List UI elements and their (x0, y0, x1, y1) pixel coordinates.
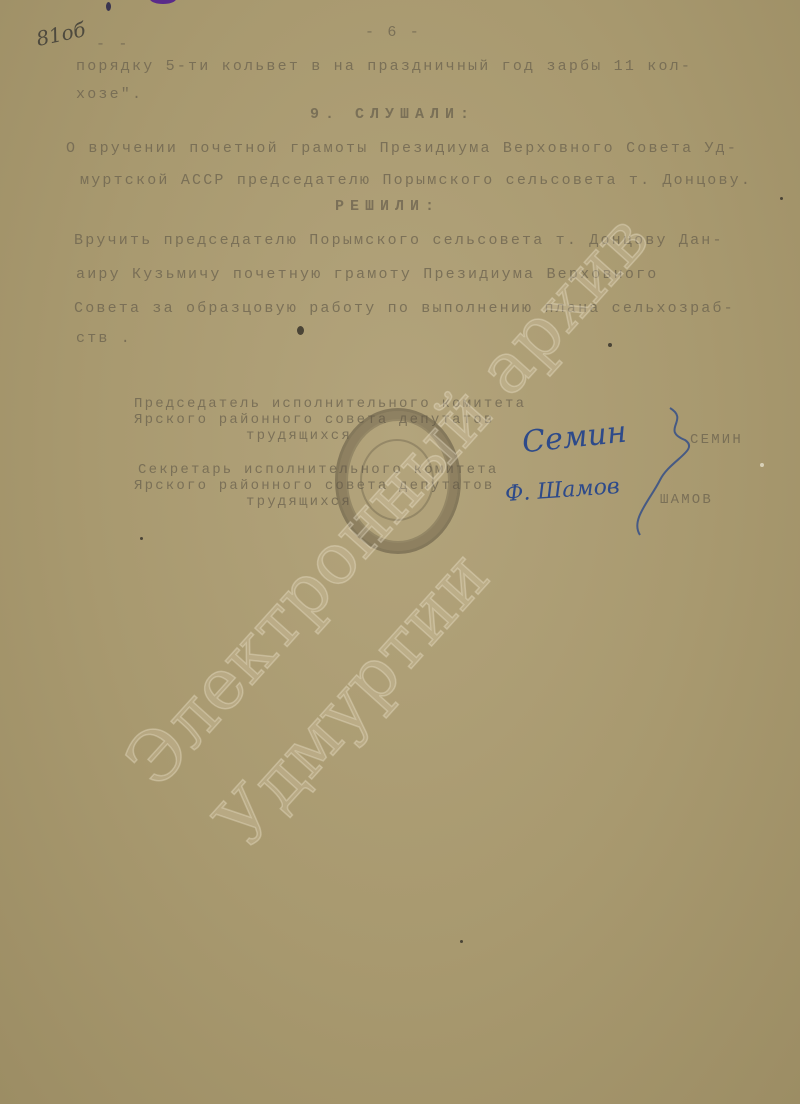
paper-speck (780, 197, 783, 200)
paper-speck (608, 343, 612, 347)
text-line: ств . (76, 330, 132, 347)
paper-speck (297, 326, 304, 335)
text-line: Совета за образцовую работу по выполнени… (74, 300, 735, 317)
text-line: О вручении почетной грамоты Президиума В… (66, 140, 738, 157)
section-heading-decided: РЕШИЛИ: (335, 198, 440, 215)
paper-speck (140, 537, 143, 540)
ink-dot (106, 2, 111, 11)
violet-ink-mark (150, 0, 176, 4)
archival-document-page: 81об - - - 6 - порядку 5-ти кольвет в на… (0, 0, 800, 1104)
text-line: порядку 5-ти кольвет в на праздничный го… (76, 58, 692, 75)
text-line: муртской АССР председателю Порымского се… (80, 172, 752, 189)
archive-sheet-number: 81об (34, 17, 88, 51)
text-line: хозе". (76, 86, 143, 103)
section-heading-heard: 9. СЛУШАЛИ: (310, 106, 475, 123)
header-dashes: - - (96, 36, 130, 53)
paper-speck (760, 463, 764, 467)
page-number: - 6 - (365, 24, 421, 41)
signature-flourish-icon (600, 400, 710, 550)
signer-title: трудящихся (246, 428, 352, 444)
paper-speck (460, 940, 463, 943)
